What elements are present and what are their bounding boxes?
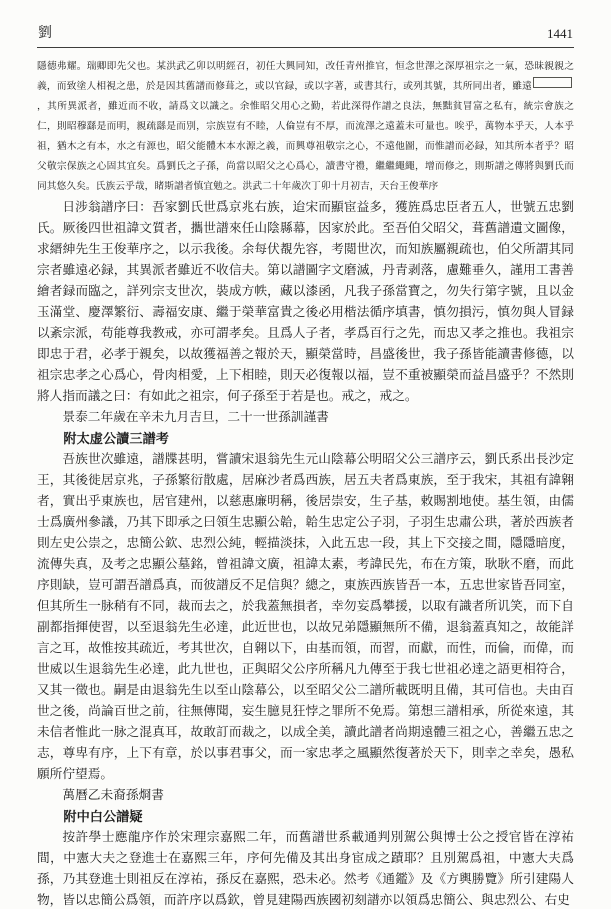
paragraph-text-before-lacuna: 隱德弗耀。瑞卿即先父也。某洪武乙卯以明經召，初任大興同知，改任青州推官，恒念世澤… xyxy=(37,61,574,92)
page-content: 隱德弗耀。瑞卿即先父也。某洪武乙卯以明經召，初任大興同知，改任青州推官，恒念世澤… xyxy=(0,48,611,909)
section-heading-zhongbai-doubts: 附中白公譜疑 xyxy=(37,806,574,827)
lacuna-box xyxy=(533,77,572,88)
paragraph-genealogy-doubts: 按許學士應龍序作於宋理宗嘉熙二年，而舊譜世系載通判別駕公與博士公之授官皆在淳祐間… xyxy=(37,827,574,909)
byline-jingtai: 景泰二年歲在辛未九月吉旦，二十一世孫訓謹書 xyxy=(37,407,574,428)
section-heading-taixu-three-genealogies: 附太虚公讀三譜考 xyxy=(37,428,574,449)
paragraph-three-genealogies-study: 吾族世次雖遠，譜牒甚明，嘗讀宋退翁先生元山陰幕公明昭父公三譜序云，劉氏系出長沙定… xyxy=(37,449,574,785)
paragraph-continuation-hongwu-preface: 隱德弗耀。瑞卿即先父也。某洪武乙卯以明經召，初任大興同知，改任青州推官，恒念世澤… xyxy=(37,57,574,197)
book-page: 劉 1441 隱德弗耀。瑞卿即先父也。某洪武乙卯以明經召，初任大興同知，改任青州… xyxy=(0,0,611,909)
page-header: 劉 1441 xyxy=(0,0,611,42)
paragraph-risheweng-preface: 日涉翁譜序曰：吾家劉氏世爲京兆右族，迨宋而顯宦益多，獲旌爲忠臣者五人，世號五忠劉… xyxy=(37,197,574,407)
header-surname-label: 劉 xyxy=(38,22,53,42)
page-number: 1441 xyxy=(547,26,573,42)
byline-wanli: 萬曆乙未裔孫烱書 xyxy=(37,785,574,806)
paragraph-text-after-lacuna: ，其所異派者，雖近而不收，請爲文以識之。余惟昭父用心之勤，若此深得作譜之良法，無… xyxy=(37,101,574,192)
